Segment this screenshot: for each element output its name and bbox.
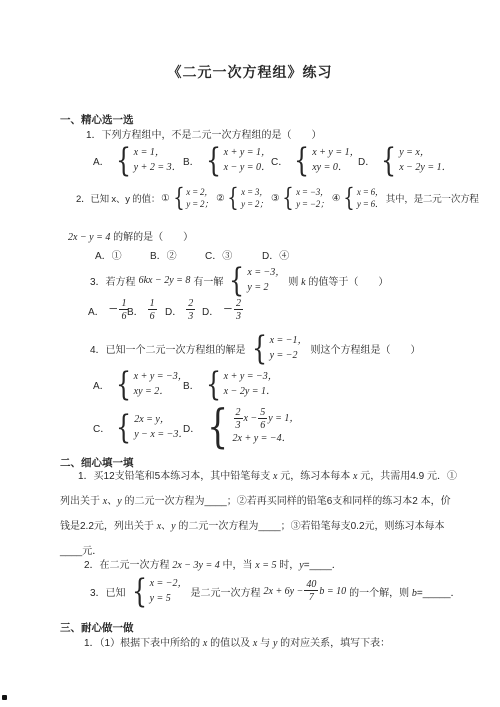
s2-q3-equation-left: 2x + 6y − — [264, 586, 304, 597]
fraction-denominator: 6 — [121, 310, 126, 322]
equation-top: x + y = −3， — [134, 369, 188, 384]
q4-pre-text: 4．已知一个二元一次方程组的解是 — [90, 341, 246, 356]
fraction: 23 — [186, 298, 195, 322]
option-label: A． — [93, 377, 110, 392]
system-brace: { — [229, 264, 244, 295]
option-label: B． — [183, 153, 200, 168]
q2-option-a: A．① — [95, 247, 122, 262]
system-brace: { — [252, 332, 267, 363]
equation-bottom: xy = 2． — [134, 384, 188, 399]
fraction-denominator: 7 — [309, 591, 314, 603]
option-label: A． — [88, 303, 105, 318]
equation-bottom: y = 6． — [357, 198, 384, 211]
scan-artifact-dot — [2, 695, 7, 700]
equation-system: {x + y = 1，x − y = 0． — [203, 144, 271, 175]
equation-part: y = 1， — [268, 413, 299, 425]
system-brace: { — [116, 368, 131, 399]
equation-system: {x = −3，y = −2； — [280, 186, 328, 211]
q2-stem-line2: 2x − y = 4 的解的是（ ） — [68, 228, 193, 243]
equation-bottom: y − x = −3． — [134, 427, 188, 442]
system-brace: { — [294, 144, 309, 175]
section-1-heading: 一、精心选一选 — [60, 112, 134, 127]
q4-options-row-2: C． {2x = y，y − x = −3． D． {23x −56y = 1，… — [0, 402, 500, 452]
system-brace: { — [116, 411, 131, 442]
fraction: 16 — [148, 298, 157, 322]
circled-1-label: ① — [161, 193, 169, 204]
fraction-denominator: 3 — [236, 310, 241, 322]
equation-top: x = −3， — [247, 265, 285, 280]
fraction: 56 — [258, 407, 267, 431]
s2-q3-post-text: 的一个解，则 b=_____． — [349, 584, 460, 599]
q4-option-a: A． {x + y = −3，xy = 2． — [93, 366, 188, 402]
equation-top: y = x， — [399, 145, 451, 160]
equation-bottom: y + 2 = 3． — [134, 160, 182, 175]
circled-2-label: ② — [216, 193, 224, 204]
circled-4-label: ④ — [332, 193, 340, 204]
q2-tail-text: 其中，是二元一次方程 — [386, 191, 479, 205]
fraction-numerator: 2 — [234, 298, 243, 310]
minus-sign: − — [222, 301, 233, 319]
minus-sign: − — [108, 301, 119, 319]
fraction-denominator: 6 — [150, 310, 155, 322]
equation-top: 2x = y， — [134, 412, 188, 427]
fraction-denominator: 3 — [188, 310, 193, 322]
equation-system: {x = 1，y + 2 = 3． — [113, 144, 182, 175]
circled-3-label: ③ — [271, 193, 279, 204]
equation-top: x + y = 1， — [312, 145, 359, 160]
equation-system: {x = 6，y = 6． — [341, 186, 384, 211]
q2-stem-line1: 2．已知 x、y 的值： ① {x = 2，y = 2； ② {x = 3，y … — [76, 181, 479, 215]
fraction: 23 — [234, 298, 243, 322]
s2-q1-line-2: 列出关于 x、y 的二元一次方程为____；②若再买同样的铅笔6支和同样的练习本… — [60, 492, 451, 507]
fraction: 23 — [234, 407, 243, 431]
equation-top: x = 1， — [134, 145, 182, 160]
equation-bottom: y = 5 — [150, 591, 188, 606]
option-label: B． — [127, 303, 144, 318]
q3-mid-text: 有一解 — [193, 273, 223, 288]
option-label: D． — [202, 303, 219, 318]
s2-q3-line: 3．已知 {x = −2，y = 5 是二元一次方程 2x + 6y − 407… — [90, 573, 461, 609]
system-brace: { — [283, 186, 294, 210]
equation-top: x = 6， — [357, 186, 384, 199]
fraction-numerator: 2 — [234, 407, 243, 419]
option-label: C． — [271, 153, 288, 168]
system-brace: { — [381, 144, 396, 175]
equation-top: x + y = 1， — [224, 145, 271, 160]
fraction-numerator: 5 — [258, 407, 267, 419]
q2-lead-text: 2．已知 x、y 的值： — [76, 191, 160, 205]
fraction-numerator: 40 — [304, 579, 318, 591]
section-3-heading: 三、耐心做一做 — [60, 620, 134, 635]
s3-q1-line: 1．（1）根据下表中所给的 x 的值以及 x 与 y 的对应关系，填写下表： — [84, 634, 390, 649]
equation-top: x = 3， — [241, 186, 268, 199]
equation-bottom: x − 2y = 1． — [399, 160, 451, 175]
q1-option-a: A． {x = 1，y + 2 = 3． — [93, 140, 182, 180]
s2-q2-line: 2．在二元一次方程 2x − 3y = 4 中，当 x = 5 时，y=____… — [84, 556, 342, 571]
q4-option-b: B． {x + y = −3，x − 2y = 1． — [183, 366, 278, 402]
system-brace: { — [206, 144, 221, 175]
system-brace: { — [116, 144, 131, 175]
q3-option-a: A． − 16 — [88, 295, 129, 325]
q4-post-text: 则这个方程组是（ ） — [311, 341, 421, 356]
equation-part: x − — [244, 413, 258, 425]
q1-option-b: B． {x + y = 1，x − y = 0． — [183, 140, 271, 180]
equation-top: x + y = −3， — [224, 369, 278, 384]
equation-system: {x + y = 1，xy = 0． — [291, 144, 359, 175]
option-label: C． — [93, 420, 110, 435]
equation-bottom: y = −2 — [270, 348, 308, 363]
s2-q1-line-3: 钱是2.2元，列出关于 x、y 的二元一次方程为____；③若铅笔每支0.2元，… — [60, 517, 445, 532]
equation-bottom: 2x + y = −4． — [233, 431, 292, 446]
system-brace: { — [207, 406, 228, 447]
s2-q3-pre-text: 3．已知 — [90, 584, 126, 599]
fraction: 407 — [304, 579, 318, 603]
option-label: D． — [165, 303, 182, 318]
q1-option-c: C． {x + y = 1，xy = 0． — [271, 140, 360, 180]
q3-pre-text: 3．若方程 — [90, 273, 136, 288]
equation-system: {y = x，x − 2y = 1． — [378, 144, 451, 175]
equation-bottom: y = 2； — [186, 198, 213, 211]
doc-title: 《二元一次方程组》练习 — [0, 62, 500, 82]
q4-stem: 4．已知一个二元一次方程组的解是 {x = −1，y = −2 则这个方程组是（… — [90, 330, 421, 366]
equation-system: {23x −56y = 1，2x + y = −4． — [203, 406, 299, 447]
worksheet-page: 《二元一次方程组》练习 一、精心选一选 1．下列方程组中，不是二元一次方程组的是… — [0, 0, 500, 707]
equation-system: {x + y = −3，x − 2y = 1． — [203, 368, 278, 399]
equation-system: {x = −1，y = −2 — [249, 332, 308, 363]
equation-system: {x = 2，y = 2； — [171, 186, 214, 211]
equation-top: x = 2， — [186, 186, 213, 199]
q3-post-text: 则 k 的值等于（ ） — [288, 273, 388, 288]
option-label: B． — [183, 377, 200, 392]
equation-system: {x = −3，y = 2 — [226, 264, 285, 295]
q1-option-d: D． {y = x，x − 2y = 1． — [358, 140, 452, 180]
s2-q3-equation-right: b = 10 — [319, 586, 346, 597]
equation-bottom: y = −2； — [296, 198, 329, 211]
q3-option-c: D． 23 — [165, 295, 196, 325]
equation-system: {2x = y，y − x = −3． — [113, 411, 188, 442]
equation-top: x = −1， — [270, 333, 308, 348]
system-brace: { — [343, 186, 354, 210]
fraction-numerator: 2 — [186, 298, 195, 310]
equation-top: x = −2， — [150, 576, 188, 591]
s2-q1-line-1: 1．买12支铅笔和5本练习本，其中铅笔每支 x 元，练习本每本 x 元，共需用4… — [78, 467, 457, 482]
q1-options-row: A． {x = 1，y + 2 = 3． B． {x + y = 1，x − y… — [0, 140, 500, 180]
q4-option-c: C． {2x = y，y − x = −3． — [93, 402, 188, 452]
option-label: D． — [183, 420, 200, 435]
option-label: D． — [358, 153, 375, 168]
equation-system: {x = 3，y = 2； — [225, 186, 268, 211]
equation-bottom: xy = 0． — [312, 160, 359, 175]
q3-equation: 6kx − 2y = 8 — [139, 275, 191, 286]
q4-options-row-1: A． {x + y = −3，xy = 2． B． {x + y = −3，x … — [0, 366, 500, 402]
equation-bottom: y = 2； — [241, 198, 268, 211]
option-label: A． — [93, 153, 110, 168]
system-brace: { — [206, 368, 221, 399]
system-brace: { — [132, 575, 147, 606]
fraction-denominator: 6 — [260, 419, 265, 431]
q4-option-d: D． {23x −56y = 1，2x + y = −4． — [183, 402, 299, 452]
fraction-numerator: 1 — [148, 298, 157, 310]
q3-stem: 3．若方程 6kx − 2y = 8 有一解 {x = −3，y = 2 则 k… — [90, 262, 388, 298]
q3-options-row: A． − 16 B． 16 D． 23 D． − 23 — [0, 295, 500, 325]
q3-option-d: D． − 23 — [202, 295, 244, 325]
fraction-denominator: 3 — [236, 419, 241, 431]
equation-system: {x + y = −3，xy = 2． — [113, 368, 188, 399]
q2-options-row: A．① B．② C．③ D．④ — [0, 247, 500, 261]
equation-system: {x = −2，y = 5 — [129, 575, 188, 606]
equation-top: x = −3， — [296, 186, 329, 199]
q2-option-d: D．④ — [262, 247, 289, 262]
equation-bottom: x − y = 0． — [224, 160, 271, 175]
equation-bottom: y = 2 — [247, 280, 285, 295]
q1-stem: 1．下列方程组中，不是二元一次方程组的是（ ） — [86, 126, 322, 141]
q2-option-b: B．② — [150, 247, 177, 262]
system-brace: { — [173, 186, 184, 210]
s2-q3-mid-text: 是二元一次方程 — [191, 584, 261, 599]
system-brace: { — [228, 186, 239, 210]
s2-q1-line-4: ____元． — [60, 542, 102, 557]
q3-option-b: B． 16 — [127, 295, 158, 325]
equation-bottom: x − 2y = 1． — [224, 384, 278, 399]
